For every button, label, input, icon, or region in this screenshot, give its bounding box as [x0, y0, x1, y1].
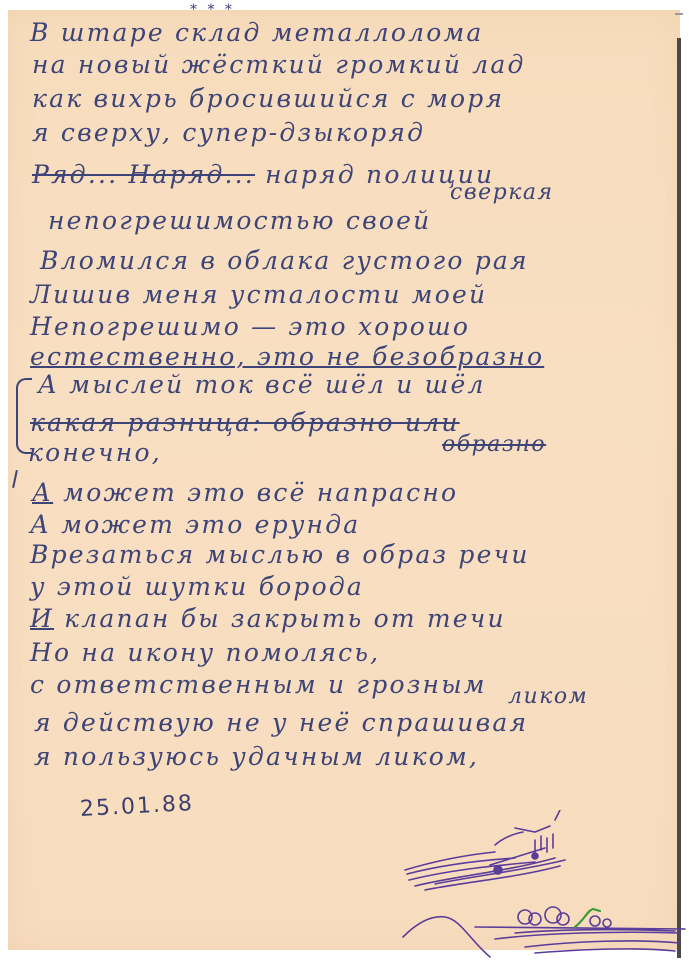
line-11: А мыслей ток всё шёл и шёл	[38, 370, 486, 399]
line-text: может это всё напрасно	[53, 478, 458, 507]
insert-sverkaya: сверкая	[450, 180, 554, 205]
line-20: с ответственным и грозным	[30, 670, 487, 699]
page-edge-mark	[675, 13, 683, 15]
page-edge-shadow	[677, 38, 681, 958]
line-8: Лишив меня усталости моей	[30, 280, 487, 309]
underlined-word: И	[30, 604, 54, 633]
line-9: Непогрешимо — это хорошо	[30, 312, 470, 341]
struck-text: Ряд... Наряд...	[32, 160, 255, 189]
line-1: В штаре склад металлолома	[30, 18, 484, 47]
line-10: естественно, это не безобразно	[30, 342, 544, 371]
insert-likom: ликом	[508, 684, 588, 709]
line-7: Вломился в облака густого рая	[40, 246, 529, 275]
line-16: Врезаться мыслью в образ речи	[30, 540, 530, 569]
line-17: у этой шутки борода	[30, 572, 364, 601]
line-13: конечно,	[28, 438, 162, 467]
line-text: клапан бы закрыть от течи	[54, 604, 506, 633]
insert-obrazno: образно	[442, 432, 546, 457]
line-6: непогрешимостью своей	[48, 206, 431, 235]
line-21: я действую не у неё спрашивая	[34, 708, 528, 737]
line-18: И клапан бы закрыть от течи	[30, 604, 506, 633]
line-22: я пользуюсь удачным ликом,	[34, 742, 479, 771]
underlined-word: А	[32, 478, 53, 507]
line-15: А может это ерунда	[30, 510, 360, 539]
line-4: я сверху, супер-дзыкоряд	[32, 118, 425, 147]
line-2: на новый жёсткий громкий лад	[32, 50, 526, 79]
car-sketch-icon	[395, 810, 595, 895]
line-14: А может это всё напрасно	[32, 478, 458, 507]
line-5: Ряд... Наряд... наряд полиции	[32, 160, 494, 189]
line-3: как вихрь бросившийся с моря	[32, 84, 504, 113]
heading-asterisks: * * *	[190, 2, 235, 18]
line-19: Но на икону помолясь,	[30, 638, 380, 667]
line-12-struck: какая разница: образно или	[30, 408, 460, 437]
landscape-sketch-icon	[395, 895, 689, 960]
